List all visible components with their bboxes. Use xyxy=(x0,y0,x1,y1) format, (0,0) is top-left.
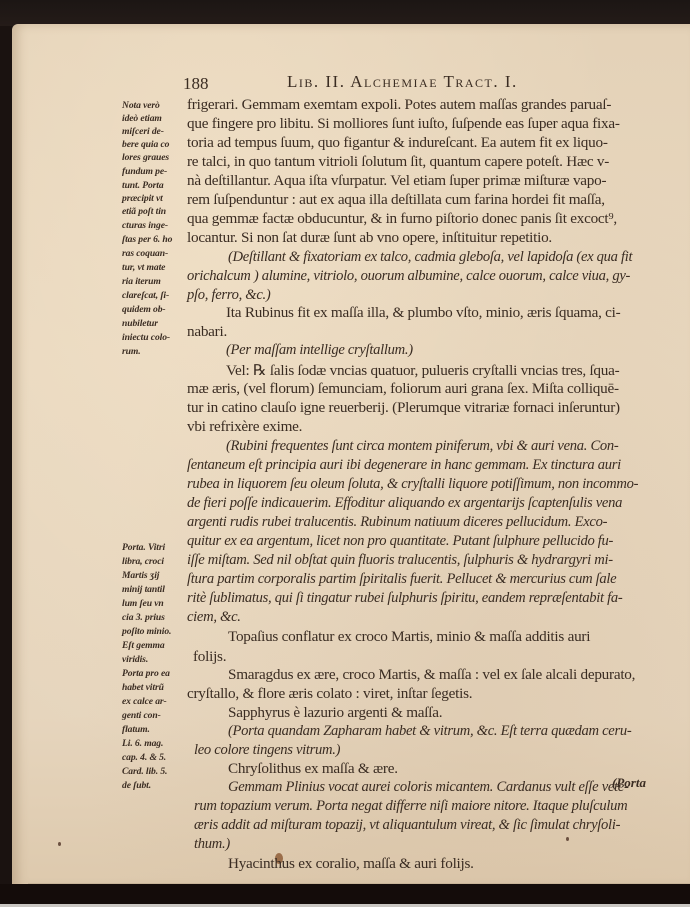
body-line: Vel: ℞ ſalis ſodæ vncias quatuor, puluer… xyxy=(226,361,619,380)
margin-note: nubiletur xyxy=(122,318,158,329)
margin-note: tur, vt mate xyxy=(122,262,165,273)
catchword: (Porta xyxy=(612,775,646,791)
body-line: Smaragdus ex ære, croco Martis, & maſſa … xyxy=(228,666,635,684)
margin-note: flatum. xyxy=(122,724,150,735)
margin-note: etiã poſt tin xyxy=(122,206,166,217)
body-line: vbi refrixère exime. xyxy=(187,418,302,436)
margin-note: libra, croci xyxy=(122,556,164,567)
margin-note: ſtas per 6. ho xyxy=(122,234,172,245)
body-line: Hyacinthus ex coralio, maſſa & auri foli… xyxy=(228,855,474,873)
margin-note: genti con- xyxy=(122,710,161,721)
body-line: folijs. xyxy=(193,648,226,666)
body-line: frigerari. Gemmam exemtam expoli. Potes … xyxy=(187,96,611,114)
margin-note: iniectu colo- xyxy=(122,332,170,343)
paper-stain xyxy=(566,837,569,841)
body-line: nabari. xyxy=(187,323,227,341)
body-line: thum.) xyxy=(194,836,230,853)
body-line: rubea in liquorem ſeu oleum ſoluta, & cr… xyxy=(187,476,638,493)
body-line: ritè ſublimatus, qui ſi tingatur rubei ſ… xyxy=(187,590,622,607)
body-line: re talci, in quo tantum vitrioli ſolutum… xyxy=(187,153,609,171)
margin-note: clareſcat, ſi- xyxy=(122,290,169,301)
running-head: Lib. II. Alchemiae Tract. I. xyxy=(287,72,518,92)
body-line: (Deſtillant & fixatoriam ex talco, cadmi… xyxy=(228,249,632,266)
margin-note: quidem ob- xyxy=(122,304,166,315)
body-line: leo colore tingens vitrum.) xyxy=(194,742,340,759)
margin-note: lum ſeu vn xyxy=(122,598,164,609)
margin-note: ria iterum xyxy=(122,276,161,287)
margin-note: cturas inge- xyxy=(122,220,168,231)
body-line: orichalcum ) alumine, vitriolo, ouorum a… xyxy=(187,268,630,285)
margin-note: minij tantil xyxy=(122,584,165,595)
body-line: rum topazium verum. Porta negat differre… xyxy=(194,798,627,815)
body-line: cryſtallo, & flore æris colato : viret, … xyxy=(187,685,472,703)
body-line: de fieri poſſe indicauerim. Effoditur al… xyxy=(187,495,622,512)
margin-note: Porta pro ea xyxy=(122,668,170,679)
body-line: que fingere pro libitu. Si molliores ſun… xyxy=(187,115,620,133)
body-line: ciem, &c. xyxy=(187,609,241,626)
margin-note: Porta. Vitri xyxy=(122,542,165,553)
body-line: ſentaneum eſt principia auri ibi degener… xyxy=(187,457,621,474)
margin-note: Eſt gemma xyxy=(122,640,165,651)
page-number: 188 xyxy=(183,74,209,94)
body-line: Ita Rubinus fit ex maſſa illa, & plumbo … xyxy=(226,304,620,322)
margin-note: lores graues xyxy=(122,152,169,163)
margin-note: ideò etiam xyxy=(122,113,162,124)
body-line: æris addit ad miſturam topazij, vt aliqu… xyxy=(194,817,620,834)
body-line: argenti rudis rubei tralucentis. Rubinum… xyxy=(187,514,607,531)
margin-note: Nota verò xyxy=(122,100,160,111)
body-line: (Per maſſam intellige cryſtallum.) xyxy=(226,342,413,359)
margin-note: tunt. Porta xyxy=(122,180,164,191)
body-line: qua gemmæ factæ obducuntur, & in furno p… xyxy=(187,210,617,228)
body-line: (Porta quandam Zapharam habet & vitrum, … xyxy=(228,723,631,740)
body-line: nà deſtillantur. Aqua iſta vſurpatur. Ve… xyxy=(187,172,606,190)
body-line: iſſe miſtam. Sed nil obſtat quin fluoris… xyxy=(187,552,613,569)
body-line: pſo, ferro, &c.) xyxy=(187,287,270,304)
body-line: Gemmam Plinius vocat aurei coloris mican… xyxy=(228,779,629,796)
margin-note: poſito minio. xyxy=(122,626,171,637)
body-line: (Rubini frequentes ſunt circa montem pin… xyxy=(226,438,618,455)
body-line: tur in catino clauſo igne reuerberij. (P… xyxy=(187,399,620,417)
margin-note: habet vitrũ xyxy=(122,682,164,693)
margin-note: bere quia co xyxy=(122,139,169,150)
margin-note: fundum pe- xyxy=(122,166,167,177)
margin-note: Martis ʒij xyxy=(122,570,159,581)
body-line: Chryſolithus ex maſſa & ære. xyxy=(228,760,398,778)
margin-note: ex calce ar- xyxy=(122,696,167,707)
scanner-frame-top xyxy=(0,0,690,26)
margin-note: ras coquan- xyxy=(122,248,168,259)
body-line: Sapphyrus è lazurio argenti & maſſa. xyxy=(228,704,442,722)
body-line: Topaſius conflatur ex croco Martis, mini… xyxy=(228,628,590,646)
margin-note: præcipit vt xyxy=(122,193,163,204)
body-line: mæ æris, (vel florum) ſemunciam, folioru… xyxy=(187,380,619,398)
margin-note: rum. xyxy=(122,346,141,357)
body-line: quitur ex ea argentum, licet non pro qua… xyxy=(187,533,613,550)
margin-note: viridis. xyxy=(122,654,148,665)
margin-note: cia 3. prius xyxy=(122,612,165,623)
body-line: rem ſuſpenduntur : aut ex aqua illa deſt… xyxy=(187,191,605,209)
paper-stain xyxy=(58,842,61,846)
margin-note: de ſubt. xyxy=(122,780,151,791)
margin-note: Card. lib. 5. xyxy=(122,766,167,777)
margin-note: miſceri de- xyxy=(122,126,164,137)
body-line: toria ad tempus ſuum, quo figantur & ind… xyxy=(187,134,608,152)
body-line: locantur. Si non ſat duræ ſunt ab vno op… xyxy=(187,229,552,247)
margin-note: cap. 4. & 5. xyxy=(122,752,166,763)
body-line: ſtura partim corporalis partim ſpiritali… xyxy=(187,571,616,588)
margin-note: Li. 6. mag. xyxy=(122,738,163,749)
